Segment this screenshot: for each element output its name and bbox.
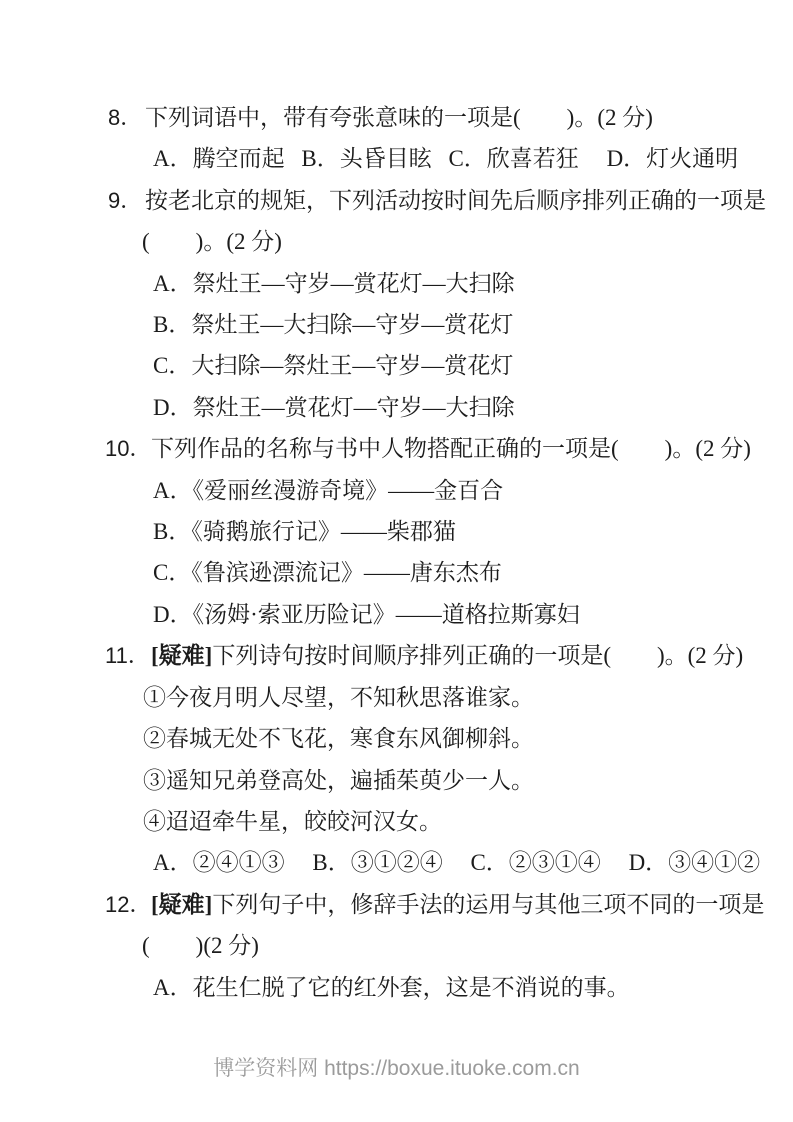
option-b: B．《骑鹅旅行记》——柴郡猫 (0, 511, 793, 552)
option-b: B．③①②④ (312, 850, 442, 875)
question-11: 11．[疑难]下列诗句按时间顺序排列正确的一项是( )。(2 分) ①今夜月明人… (0, 635, 793, 883)
option-a: A．祭灶王—守岁—赏花灯—大扫除 (0, 263, 793, 304)
option-d: D．祭灶王—赏花灯—守岁—大扫除 (0, 387, 793, 428)
option-b: B．头昏目眩 (301, 146, 431, 171)
question-8: 8．下列词语中，带有夸张意味的一项是( )。(2 分) A．腾空而起 B．头昏目… (0, 97, 793, 180)
difficulty-tag: [疑难] (151, 643, 212, 668)
question-number: 12． (105, 884, 151, 925)
question-stem: 下列句子中，修辞手法的运用与其他三项不同的一项是 (212, 892, 764, 917)
option-a: A．②④①③ (153, 850, 285, 875)
option-c: C．《鲁滨逊漂流记》——唐东杰布 (0, 552, 793, 593)
poem-item-3: ③遥知兄弟登高处，遍插茱萸少一人。 (0, 760, 793, 801)
question-stem: 下列词语中，带有夸张意味的一项是( )。(2 分) (145, 105, 653, 130)
option-a: A．花生仁脱了它的红外套，这是不消说的事。 (0, 967, 793, 1008)
option-c: C．②③①④ (470, 850, 600, 875)
option-c: C．欣喜若狂 (448, 146, 578, 171)
question-11-options-row: A．②④①③ B．③①②④ C．②③①④ D．③④①② (0, 842, 793, 883)
question-10-stem-line: 10．下列作品的名称与书中人物搭配正确的一项是( )。(2 分) (0, 428, 793, 469)
question-8-options-row: A．腾空而起 B．头昏目眩 C．欣喜若狂 D．灯火通明 (0, 138, 793, 179)
question-number: 9． (108, 180, 145, 221)
question-number: 10． (105, 428, 151, 469)
question-12-stem-line: 12．[疑难]下列句子中，修辞手法的运用与其他三项不同的一项是 (0, 884, 793, 925)
question-9-stem-continuation: ( )。(2 分) (0, 221, 793, 262)
option-a: A．腾空而起 (153, 146, 285, 171)
question-12: 12．[疑难]下列句子中，修辞手法的运用与其他三项不同的一项是 ( )(2 分)… (0, 884, 793, 1008)
option-c: C．大扫除—祭灶王—守岁—赏花灯 (0, 345, 793, 386)
poem-item-1: ①今夜月明人尽望，不知秋思落谁家。 (0, 677, 793, 718)
footer-text: 博学资料网 https://boxue.ituoke.com.cn (213, 1057, 579, 1080)
question-8-stem-line: 8．下列词语中，带有夸张意味的一项是( )。(2 分) (0, 97, 793, 138)
question-stem: 下列作品的名称与书中人物搭配正确的一项是( )。(2 分) (151, 436, 751, 461)
option-d: D．灯火通明 (607, 146, 739, 171)
option-b: B．祭灶王—大扫除—守岁—赏花灯 (0, 304, 793, 345)
option-d: D．《汤姆·索亚历险记》——道格拉斯寡妇 (0, 594, 793, 635)
footer-watermark: 博学资料网 https://boxue.ituoke.com.cn (0, 1054, 793, 1084)
question-stem: 下列诗句按时间顺序排列正确的一项是( )。(2 分) (212, 643, 743, 668)
question-10: 10．下列作品的名称与书中人物搭配正确的一项是( )。(2 分) A．《爱丽丝漫… (0, 428, 793, 635)
exam-content: 8．下列词语中，带有夸张意味的一项是( )。(2 分) A．腾空而起 B．头昏目… (0, 97, 793, 1008)
question-number: 11． (105, 635, 151, 676)
exam-page: 8．下列词语中，带有夸张意味的一项是( )。(2 分) A．腾空而起 B．头昏目… (0, 0, 793, 1122)
question-9-stem-line: 9．按老北京的规矩，下列活动按时间先后顺序排列正确的一项是 (0, 180, 793, 221)
question-11-stem-line: 11．[疑难]下列诗句按时间顺序排列正确的一项是( )。(2 分) (0, 635, 793, 676)
option-d: D．③④①② (629, 850, 761, 875)
question-stem: 按老北京的规矩，下列活动按时间先后顺序排列正确的一项是 (145, 188, 766, 213)
poem-item-4: ④迢迢牵牛星，皎皎河汉女。 (0, 801, 793, 842)
question-number: 8． (108, 97, 145, 138)
option-a: A．《爱丽丝漫游奇境》——金百合 (0, 470, 793, 511)
poem-item-2: ②春城无处不飞花，寒食东风御柳斜。 (0, 718, 793, 759)
question-9: 9．按老北京的规矩，下列活动按时间先后顺序排列正确的一项是 ( )。(2 分) … (0, 180, 793, 428)
difficulty-tag: [疑难] (151, 892, 212, 917)
question-12-stem-continuation: ( )(2 分) (0, 925, 793, 966)
